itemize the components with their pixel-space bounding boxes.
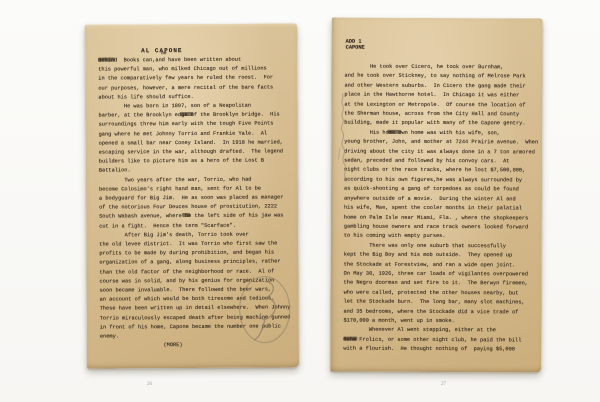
pencil-doodle	[236, 273, 292, 345]
page-header-slug: ADD 1 CAPONE	[346, 39, 365, 52]
book-page-number-left: 26	[147, 382, 152, 387]
overstrike-mark	[180, 112, 193, 116]
overstrike-mark	[387, 130, 401, 134]
overstrike-mark	[182, 213, 190, 217]
overstrike-mark	[98, 57, 115, 61]
manuscript-page-right: ADD 1 CAPONE He took over Cicero, he too…	[330, 18, 543, 373]
manuscript-page-left: AL CAPONE be Behind Books can,and have b…	[85, 23, 299, 368]
pencil-margin-note	[332, 90, 354, 190]
book-page-number-right: 27	[441, 382, 446, 387]
book-spread-photo: AL CAPONE be Behind Books can,and have b…	[0, 0, 600, 402]
overstrike-mark	[343, 337, 357, 341]
typed-body-right: He took over Cicero, he took over Burnha…	[343, 63, 540, 355]
